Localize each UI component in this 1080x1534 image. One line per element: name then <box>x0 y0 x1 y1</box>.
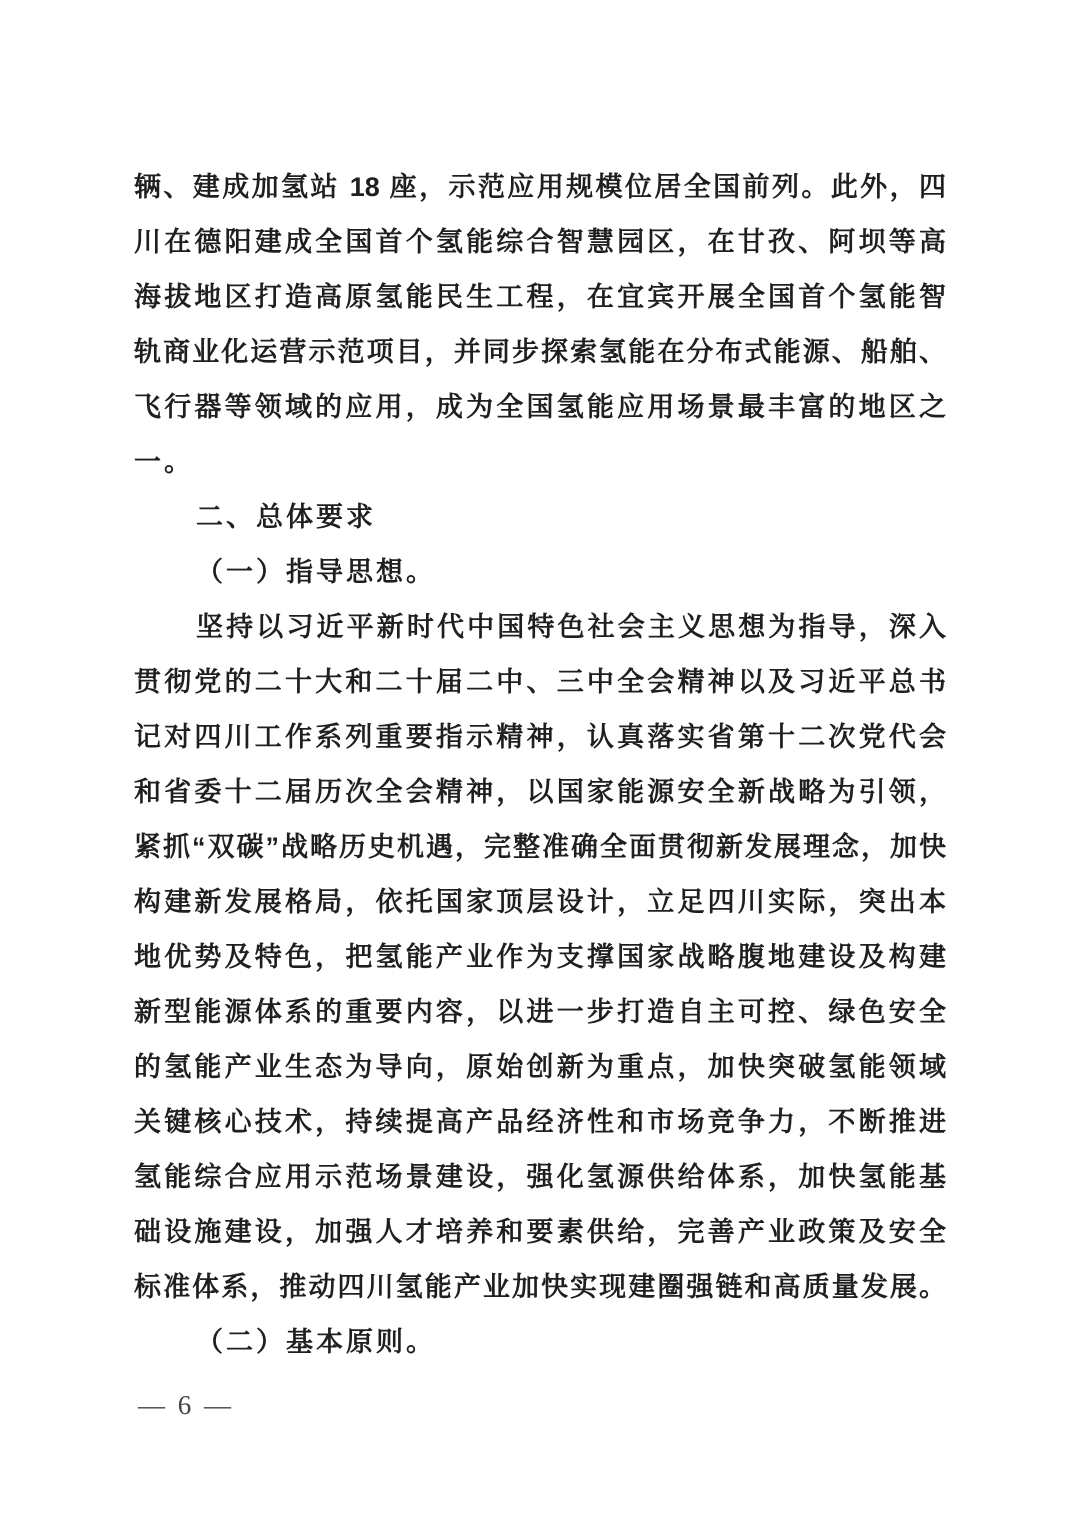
heading-line: （一）指导思想。 <box>134 545 946 600</box>
text-line: 构建新发展格局，依托国家顶层设计，立足四川实际，突出本 <box>134 875 946 930</box>
text-line: 紧抓“双碳”战略历史机遇，完整准确全面贯彻新发展理念，加快 <box>134 820 946 875</box>
text-line: 一。 <box>134 435 946 490</box>
text-line: 轨商业化运营示范项目，并同步探索氢能在分布式能源、船舶、 <box>134 325 946 380</box>
text-line: 础设施建设，加强人才培养和要素供给，完善产业政策及安全 <box>134 1205 946 1260</box>
text-line: 关键核心技术，持续提高产品经济性和市场竞争力，不断推进 <box>134 1095 946 1150</box>
text-line: 新型能源体系的重要内容，以进一步打造自主可控、绿色安全 <box>134 985 946 1040</box>
text-line: 辆、建成加氢站 18 座，示范应用规模位居全国前列。此外，四 <box>134 160 946 215</box>
heading-line: 二、总体要求 <box>134 490 946 545</box>
text-line: 地优势及特色，把氢能产业作为支撑国家战略腹地建设及构建 <box>134 930 946 985</box>
text-line: 川在德阳建成全国首个氢能综合智慧园区，在甘孜、阿坝等高 <box>134 215 946 270</box>
text-line: 的氢能产业生态为导向，原始创新为重点，加快突破氢能领域 <box>134 1040 946 1095</box>
text-line: 记对四川工作系列重要指示精神，认真落实省第十二次党代会 <box>134 710 946 765</box>
text-line: 海拔地区打造高原氢能民生工程，在宜宾开展全国首个氢能智 <box>134 270 946 325</box>
text-line: 标准体系，推动四川氢能产业加快实现建圈强链和高质量发展。 <box>134 1260 946 1315</box>
document-body: 辆、建成加氢站 18 座，示范应用规模位居全国前列。此外，四川在德阳建成全国首个… <box>134 160 946 1370</box>
page-number: — 6 — <box>138 1388 234 1422</box>
document-page: 辆、建成加氢站 18 座，示范应用规模位居全国前列。此外，四川在德阳建成全国首个… <box>0 0 1080 1534</box>
text-line: 坚持以习近平新时代中国特色社会主义思想为指导，深入 <box>134 600 946 655</box>
heading-line: （二）基本原则。 <box>134 1315 946 1370</box>
text-line: 氢能综合应用示范场景建设，强化氢源供给体系，加快氢能基 <box>134 1150 946 1205</box>
text-line: 和省委十二届历次全会精神，以国家能源安全新战略为引领， <box>134 765 946 820</box>
text-line: 飞行器等领域的应用，成为全国氢能应用场景最丰富的地区之 <box>134 380 946 435</box>
text-line: 贯彻党的二十大和二十届二中、三中全会精神以及习近平总书 <box>134 655 946 710</box>
